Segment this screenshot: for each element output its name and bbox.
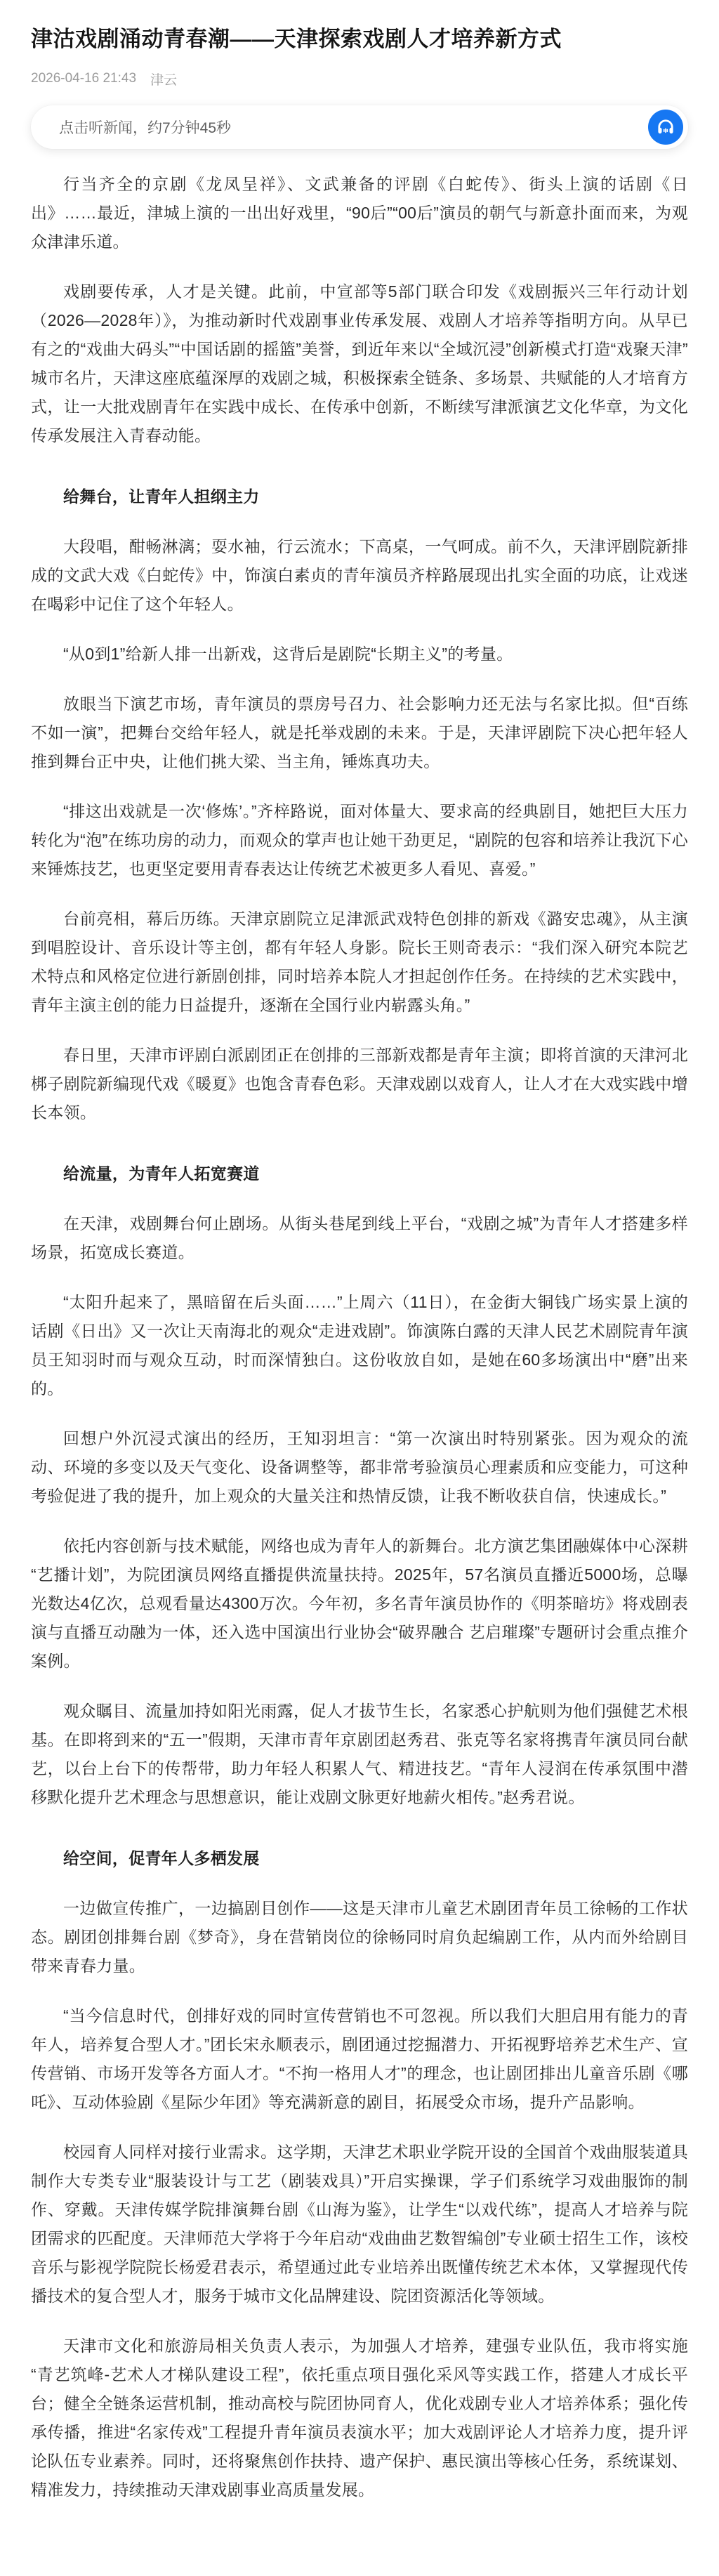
- article-page: 津沽戏剧涌动青春潮——天津探索戏剧人才培养新方式 2026-04-16 21:4…: [0, 0, 719, 2568]
- headphones-icon: [656, 117, 675, 137]
- listen-news-bar[interactable]: 点击听新闻，约7分钟45秒: [31, 105, 688, 149]
- listen-label: 点击听新闻，约7分钟45秒: [59, 117, 231, 138]
- section-heading: 给空间，促青年人多栖发展: [31, 1844, 688, 1873]
- paragraph: 行当齐全的京剧《龙凤呈祥》、文武兼备的评剧《白蛇传》、街头上演的话剧《日出》………: [31, 170, 688, 256]
- paragraph: “当今信息时代，创排好戏的同时宣传营销也不可忽视。所以我们大胆启用有能力的青年人…: [31, 2002, 688, 2117]
- paragraph: 天津市文化和旅游局相关负责人表示，为加强人才培养，建强专业队伍，我市将实施“青艺…: [31, 2332, 688, 2504]
- paragraph: 观众瞩目、流量加持如阳光雨露，促人才拔节生长，名家悉心护航则为他们强健艺术根基。…: [31, 1697, 688, 1812]
- paragraph: “排这出戏就是一次‘修炼’。”齐梓路说，面对体量大、要求高的经典剧目，她把巨大压…: [31, 797, 688, 883]
- source-name[interactable]: 津云: [150, 70, 177, 88]
- paragraph: 一边做宣传推广，一边搞剧目创作——这是天津市儿童艺术剧团青年员工徐畅的工作状态。…: [31, 1894, 688, 1980]
- paragraph: 放眼当下演艺市场，青年演员的票房号召力、社会影响力还无法与名家比拟。但“百练不如…: [31, 690, 688, 776]
- page-title: 津沽戏剧涌动青春潮——天津探索戏剧人才培养新方式: [31, 24, 688, 55]
- play-audio-button[interactable]: [648, 110, 683, 145]
- paragraph: 依托内容创新与技术赋能，网络也成为青年人的新舞台。北方演艺集团融媒体中心深耕“艺…: [31, 1532, 688, 1676]
- paragraph: 在天津，戏剧舞台何止剧场。从街头巷尾到线上平台，“戏剧之城”为青年人才搭建多样场…: [31, 1209, 688, 1267]
- article-body: 行当齐全的京剧《龙凤呈祥》、文武兼备的评剧《白蛇传》、街头上演的话剧《日出》………: [31, 170, 688, 2504]
- article-meta: 2026-04-16 21:43 津云: [31, 70, 688, 88]
- publish-date: 2026-04-16 21:43: [31, 71, 136, 86]
- paragraph: 校园育人同样对接行业需求。这学期，天津艺术职业学院开设的全国首个戏曲服装道具制作…: [31, 2138, 688, 2311]
- paragraph: 戏剧要传承，人才是关键。此前，中宣部等5部门联合印发《戏剧振兴三年行动计划（20…: [31, 277, 688, 450]
- section-heading: 给流量，为青年人拓宽赛道: [31, 1159, 688, 1188]
- paragraph: 大段唱，酣畅淋漓；耍水袖，行云流水；下高桌，一气呵成。前不久，天津评剧院新排成的…: [31, 532, 688, 619]
- section-heading: 给舞台，让青年人担纲主力: [31, 482, 688, 511]
- paragraph: “从0到1”给新人排一出新戏，这背后是剧院“长期主义”的考量。: [31, 640, 688, 669]
- paragraph: “太阳升起来了，黑暗留在后头面……”上周六（11日），在金街大铜钱广场实景上演的…: [31, 1288, 688, 1403]
- paragraph: 回想户外沉浸式演出的经历，王知羽坦言：“第一次演出时特别紧张。因为观众的流动、环…: [31, 1424, 688, 1511]
- paragraph: 春日里，天津市评剧白派剧团正在创排的三部新戏都是青年主演；即将首演的天津河北梆子…: [31, 1041, 688, 1127]
- paragraph: 台前亮相，幕后历练。天津京剧院立足津派武戏特色创排的新戏《潞安忠魂》，从主演到唱…: [31, 905, 688, 1020]
